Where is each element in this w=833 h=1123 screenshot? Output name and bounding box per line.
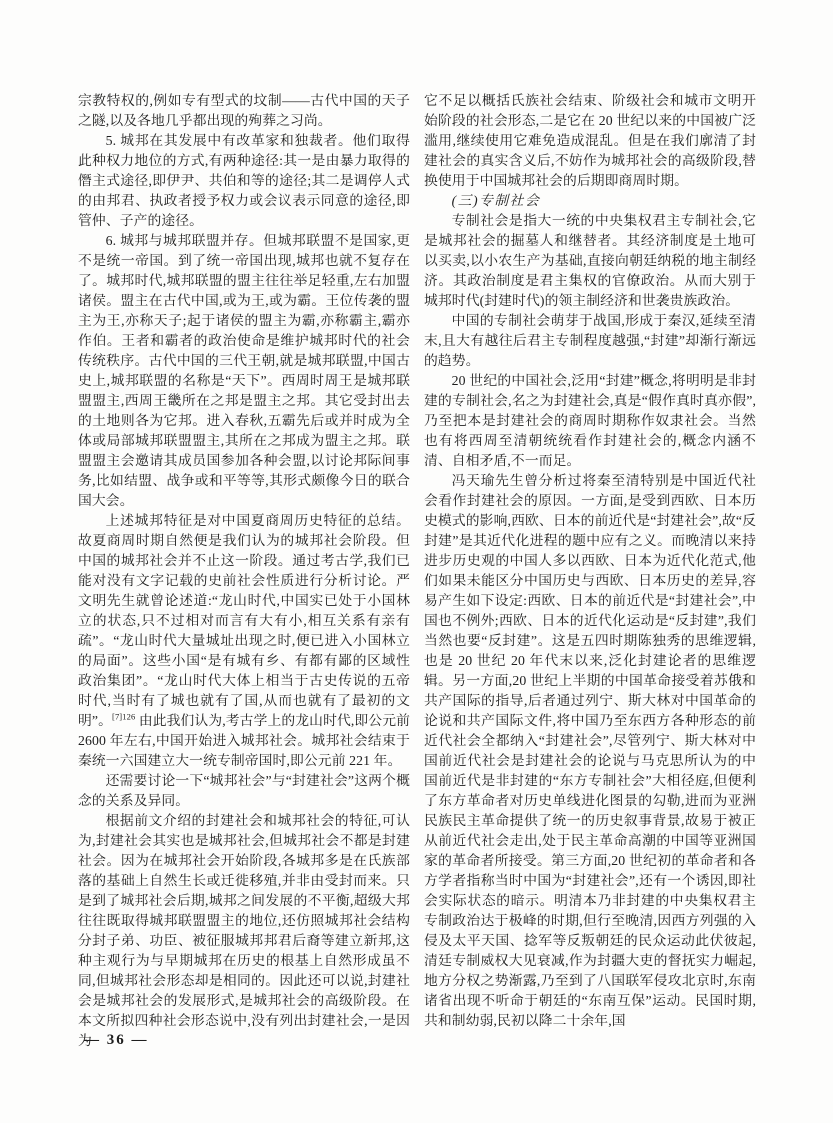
text-run: (三)专制社会 — [452, 193, 541, 208]
paragraph: 根据前文介绍的封建社会和城邦社会的特征,可认为,封建社会其实也是城邦社会,但城邦… — [78, 811, 410, 1051]
section-heading: (三)专制社会 — [424, 191, 756, 211]
left-column: 宗教特权的,例如专有型式的坟制——古代中国的天子之隧,以及各地几乎都出现的殉葬之… — [78, 91, 410, 1051]
text-run: 冯天瑜先生曾分析过将秦至清特别是中国近代社会看作封建社会的原因。一方面,是受到西… — [424, 473, 756, 1028]
text-run: 宗教特权的,例如专有型式的坟制——古代中国的天子之隧,以及各地几乎都出现的殉葬之… — [78, 93, 410, 128]
text-run: 它不足以概括氏族社会结束、阶级社会和城市文明开始阶段的社会形态,二是它在 20 … — [424, 93, 756, 188]
paragraph: 20 世纪的中国社会,泛用“封建”概念,将明明是非封建的专制社会,名之为封建社会… — [424, 371, 756, 471]
right-column: 它不足以概括氏族社会结束、阶级社会和城市文明开始阶段的社会形态,二是它在 20 … — [424, 91, 756, 1051]
text-columns: 宗教特权的,例如专有型式的坟制——古代中国的天子之隧,以及各地几乎都出现的殉葬之… — [78, 91, 756, 1051]
paragraph: 专制社会是指大一统的中央集权君主专制社会,它是城邦社会的掘墓人和继替者。其经济制… — [424, 211, 756, 311]
paragraph: 6. 城邦与城邦联盟并存。但城邦联盟不是国家,更不是统一帝国。到了统一帝国出现,… — [78, 231, 410, 511]
text-run: 5. 城邦在其发展中有改革家和独裁者。他们取得此种权力地位的方式,有两种途径:其… — [78, 133, 410, 228]
footnote-reference: [7]126 — [112, 711, 135, 721]
paragraph: 宗教特权的,例如专有型式的坟制——古代中国的天子之隧,以及各地几乎都出现的殉葬之… — [78, 91, 410, 131]
page-number: — 36 — — [84, 1032, 149, 1049]
text-run: 根据前文介绍的封建社会和城邦社会的特征,可认为,封建社会其实也是城邦社会,但城邦… — [78, 813, 410, 1048]
text-run: 上述城邦特征是对中国夏商周历史特征的总结。故夏商周时期自然便是我们认为的城邦社会… — [78, 513, 410, 728]
text-run: 还需要讨论一下“城邦社会”与“封建社会”这两个概念的关系及异同。 — [78, 773, 410, 808]
paragraph: 它不足以概括氏族社会结束、阶级社会和城市文明开始阶段的社会形态,二是它在 20 … — [424, 91, 756, 191]
text-run: 中国的专制社会萌芽于战国,形成于秦汉,延续至清末,且大有越往后君主专制程度越强,… — [424, 313, 756, 368]
paragraph: 上述城邦特征是对中国夏商周历史特征的总结。故夏商周时期自然便是我们认为的城邦社会… — [78, 511, 410, 771]
text-run: 20 世纪的中国社会,泛用“封建”概念,将明明是非封建的专制社会,名之为封建社会… — [424, 373, 756, 468]
paragraph: 冯天瑜先生曾分析过将秦至清特别是中国近代社会看作封建社会的原因。一方面,是受到西… — [424, 471, 756, 1031]
paragraph: 中国的专制社会萌芽于战国,形成于秦汉,延续至清末,且大有越往后君主专制程度越强,… — [424, 311, 756, 371]
text-run: 6. 城邦与城邦联盟并存。但城邦联盟不是国家,更不是统一帝国。到了统一帝国出现,… — [78, 233, 410, 508]
text-run: 专制社会是指大一统的中央集权君主专制社会,它是城邦社会的掘墓人和继替者。其经济制… — [424, 213, 756, 308]
document-page: 宗教特权的,例如专有型式的坟制——古代中国的天子之隧,以及各地几乎都出现的殉葬之… — [0, 0, 833, 1123]
paragraph: 5. 城邦在其发展中有改革家和独裁者。他们取得此种权力地位的方式,有两种途径:其… — [78, 131, 410, 231]
paragraph: 还需要讨论一下“城邦社会”与“封建社会”这两个概念的关系及异同。 — [78, 771, 410, 811]
